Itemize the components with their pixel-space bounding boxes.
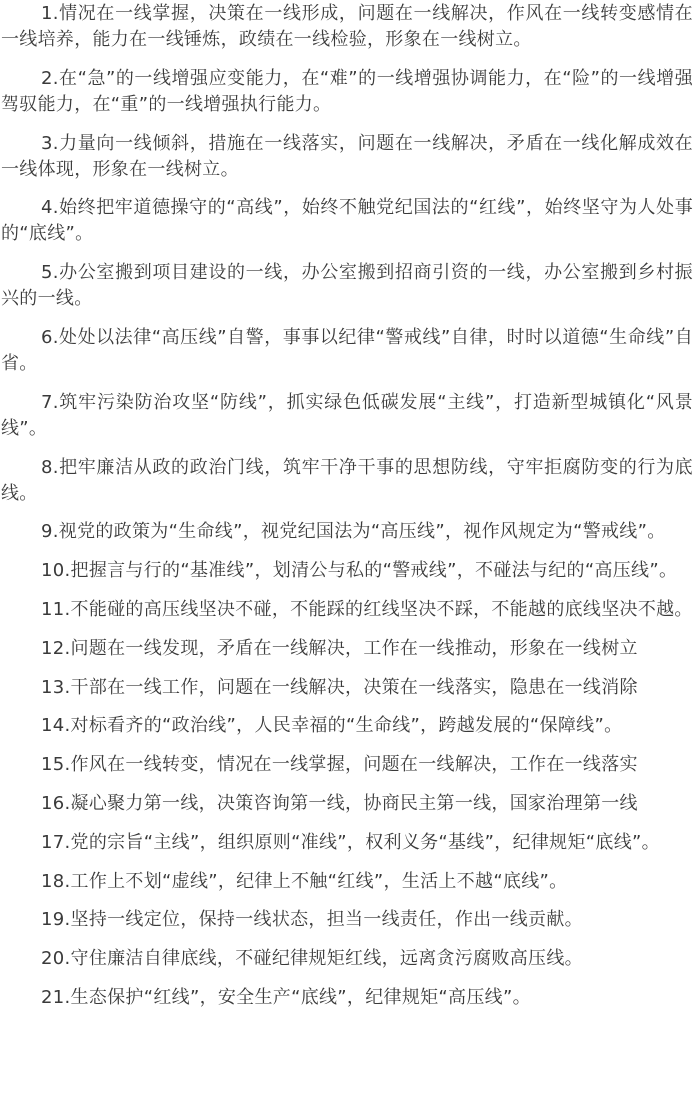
paragraph-19: 19.坚持一线定位，保持一线状态，担当一线责任，作出一线贡献。 (1, 907, 693, 933)
paragraph-17: 17.党的宗旨“主线”，组织原则“准线”，权利义务“基线”，纪律规矩“底线”。 (1, 830, 693, 856)
paragraph-10: 10.把握言与行的“基准线”，划清公与私的“警戒线”，不碰法与纪的“高压线”。 (1, 558, 693, 584)
paragraph-16: 16.凝心聚力第一线，决策咨询第一线，协商民主第一线，国家治理第一线 (1, 791, 693, 817)
paragraph-21: 21.生态保护“红线”，安全生产“底线”，纪律规矩“高压线”。 (1, 985, 693, 1011)
paragraph-9: 9.视党的政策为“生命线”，视党纪国法为“高压线”，视作风规定为“警戒线”。 (1, 519, 693, 545)
paragraph-3: 3.力量向一线倾斜，措施在一线落实，问题在一线解决，矛盾在一线化解成效在一线体现… (1, 131, 693, 183)
paragraph-1: 1.情况在一线掌握，决策在一线形成，问题在一线解决，作风在一线转变感情在一线培养… (1, 1, 693, 53)
paragraph-5: 5.办公室搬到项目建设的一线，办公室搬到招商引资的一线，办公室搬到乡村振兴的一线… (1, 260, 693, 312)
paragraph-13: 13.干部在一线工作，问题在一线解决，决策在一线落实，隐患在一线消除 (1, 675, 693, 701)
paragraph-14: 14.对标看齐的“政治线”，人民幸福的“生命线”，跨越发展的“保障线”。 (1, 713, 693, 739)
paragraph-8: 8.把牢廉洁从政的政治门线，筑牢干净干事的思想防线，守牢拒腐防变的行为底线。 (1, 455, 693, 507)
paragraph-2: 2.在“急”的一线增强应变能力，在“难”的一线增强协调能力，在“险”的一线增强驾… (1, 66, 693, 118)
paragraph-12: 12.问题在一线发现，矛盾在一线解决，工作在一线推动，形象在一线树立 (1, 636, 693, 662)
paragraph-11: 11.不能碰的高压线坚决不碰，不能踩的红线坚决不踩，不能越的底线坚决不越。 (1, 597, 693, 623)
paragraph-4: 4.始终把牢道德操守的“高线”，始终不触党纪国法的“红线”，始终坚守为人处事的“… (1, 195, 693, 247)
article-body: 1.情况在一线掌握，决策在一线形成，问题在一线解决，作风在一线转变感情在一线培养… (1, 1, 693, 1024)
paragraph-6: 6.处处以法律“高压线”自警，事事以纪律“警戒线”自律，时时以道德“生命线”自省… (1, 325, 693, 377)
paragraph-15: 15.作风在一线转变，情况在一线掌握，问题在一线解决，工作在一线落实 (1, 752, 693, 778)
paragraph-18: 18.工作上不划“虚线”，纪律上不触“红线”，生活上不越“底线”。 (1, 869, 693, 895)
paragraph-7: 7.筑牢污染防治攻坚“防线”，抓实绿色低碳发展“主线”，打造新型城镇化“风景线”… (1, 390, 693, 442)
paragraph-20: 20.守住廉洁自律底线，不碰纪律规矩红线，远离贪污腐败高压线。 (1, 946, 693, 972)
